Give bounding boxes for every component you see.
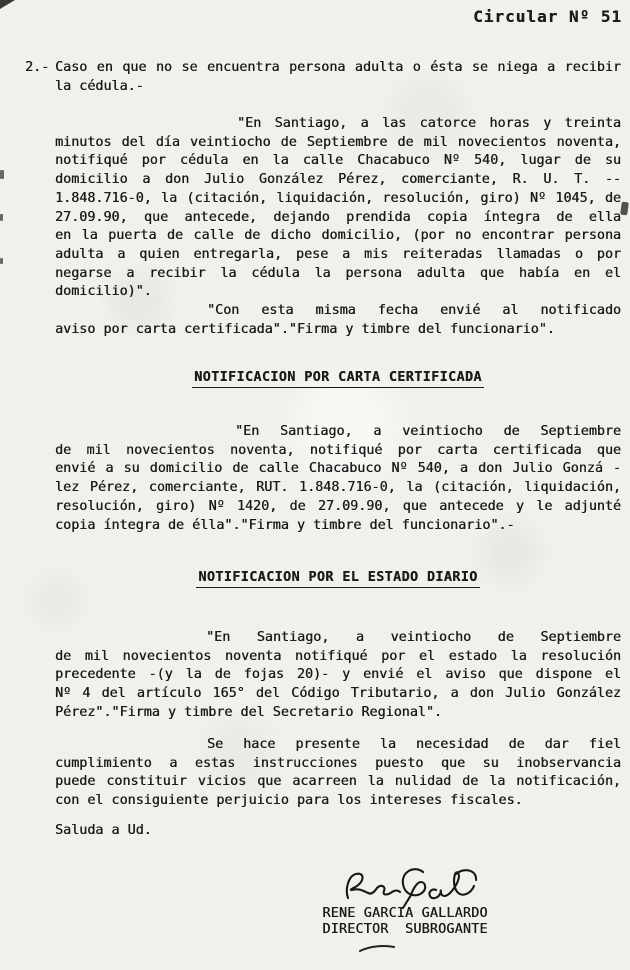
closing-salutation: Saluda a Ud. <box>55 822 152 841</box>
section-heading-text: NOTIFICACION POR CARTA CERTIFICADA <box>192 370 484 388</box>
scan-edge-speck <box>0 214 3 221</box>
paragraph-line: Se hace presente la necesidad de dar fie… <box>55 736 621 755</box>
paragraph-line: Nº 4 del artículo 165° del Código Tribut… <box>55 685 621 704</box>
pen-dash-mark <box>358 945 396 953</box>
paragraph-line: 1.848.716-0, la (citación, liquidación, … <box>55 190 621 209</box>
scanned-document-page: { "header": { "circular_label": "Circula… <box>0 0 630 970</box>
paragraph-line: de mil novecientos noventa notifiqué por… <box>55 648 621 667</box>
parrafo-notificacion-por-cedula: "En Santiago, a las catorce horas y trei… <box>55 115 621 302</box>
paragraph-line: precedente -(y la de fojas 20)- y envié … <box>55 666 621 685</box>
scan-edge-smudge <box>620 202 629 216</box>
paragraph-line: cumplimiento a estas instrucciones puest… <box>55 755 621 774</box>
parrafo-notificacion-carta-certificada: "En Santiago, a veintiocho de Septiembre… <box>55 423 621 535</box>
scan-edge-speck <box>0 258 3 264</box>
item-line-2: la cédula.- <box>55 78 621 97</box>
circular-number-label: Circular Nº 51 <box>473 7 622 26</box>
paragraph-line: "En Santiago, a veintiocho de Septiembre <box>55 629 621 648</box>
paragraph-line: lez Pérez, comerciante, RUT. 1.848.716-0… <box>55 479 621 498</box>
signatory-title: DIRECTOR SUBROGANTE <box>312 922 498 938</box>
scan-edge-speck <box>0 170 4 179</box>
paragraph-line: copia íntegra de élla"."Firma y timbre d… <box>55 517 621 536</box>
item-text: Caso en que no se encuentra persona adul… <box>55 59 621 96</box>
handwritten-signature-icon <box>340 866 482 910</box>
paragraph-line: puede constituir vicios que acarreen la … <box>55 773 621 792</box>
paragraph-line: de mil novecientos noventa, notifiqué po… <box>55 442 621 461</box>
item-number: 2.- <box>25 59 49 78</box>
section-heading-text: NOTIFICACION POR EL ESTADO DIARIO <box>196 570 479 588</box>
paragraph-line: aviso por carta certificada"."Firma y ti… <box>55 321 621 340</box>
item-line-1: Caso en que no se encuentra persona adul… <box>55 59 621 78</box>
paragraph-line: minutos del día veintiocho de Septiembre… <box>55 134 621 153</box>
signature-block: RENE GARCIA GALLARDO DIRECTOR SUBROGANTE <box>312 866 498 938</box>
titulo-notificacion-carta-certificada: NOTIFICACION POR CARTA CERTIFICADA <box>55 370 621 388</box>
paragraph-line: resolución, giro) Nº 1420, de 27.09.90, … <box>55 498 621 517</box>
scan-corner-artifact <box>0 0 15 9</box>
paragraph-line: envié a su domicilio de calle Chacabuco … <box>55 460 621 479</box>
paragraph-line: en la puerta de calle de dicho domicilio… <box>55 227 621 246</box>
paragraph-line: 27.09.90, que antecede, dejando prendida… <box>55 209 621 228</box>
paragraph-line: "En Santiago, a veintiocho de Septiembre <box>55 423 621 442</box>
paragraph-line: notifiqué por cédula en la calle Chacabu… <box>55 152 621 171</box>
titulo-notificacion-estado-diario: NOTIFICACION POR EL ESTADO DIARIO <box>55 570 621 588</box>
item-2: 2.- Caso en que no se encuentra persona … <box>25 59 621 96</box>
paragraph-line: "En Santiago, a las catorce horas y trei… <box>55 115 621 134</box>
parrafo-notificacion-estado-diario: "En Santiago, a veintiocho de Septiembre… <box>55 629 621 723</box>
paragraph-line: adulta a quien entregarla, pese a mis re… <box>55 246 621 265</box>
paragraph-line: negarse a recibir la cédula la persona a… <box>55 265 621 284</box>
paragraph-line: domicilio)". <box>55 283 621 302</box>
paragraph-line: con el consiguiente perjuicio para los i… <box>55 792 621 811</box>
parrafo-aviso-al-notificado: "Con esta misma fecha envié al notificad… <box>55 302 621 339</box>
paragraph-line: Pérez"."Firma y timbre del Secretario Re… <box>55 704 621 723</box>
parrafo-advertencia-cumplimiento: Se hace presente la necesidad de dar fie… <box>55 736 621 811</box>
signatory-name: RENE GARCIA GALLARDO <box>312 906 498 922</box>
paragraph-line: "Con esta misma fecha envié al notificad… <box>55 302 621 321</box>
paragraph-line: domicilio a don Julio González Pérez, co… <box>55 171 621 190</box>
